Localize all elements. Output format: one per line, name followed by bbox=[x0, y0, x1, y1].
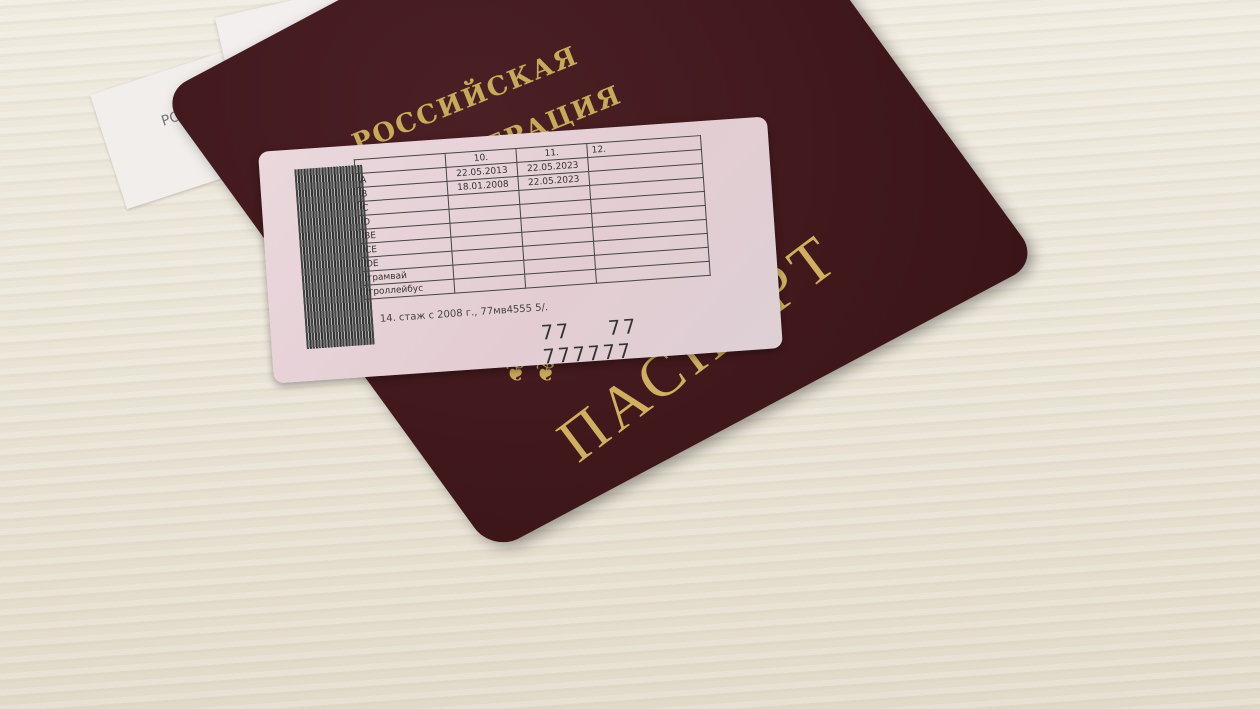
license-category-table: 10. 11. 12. A22.05.201322.05.2023 B18.01… bbox=[354, 135, 711, 300]
license-footer-note: 14. стаж с 2008 г., 77мв4555 5/. bbox=[380, 302, 549, 325]
drivers-license: 10. 11. 12. A22.05.201322.05.2023 B18.01… bbox=[258, 116, 783, 383]
